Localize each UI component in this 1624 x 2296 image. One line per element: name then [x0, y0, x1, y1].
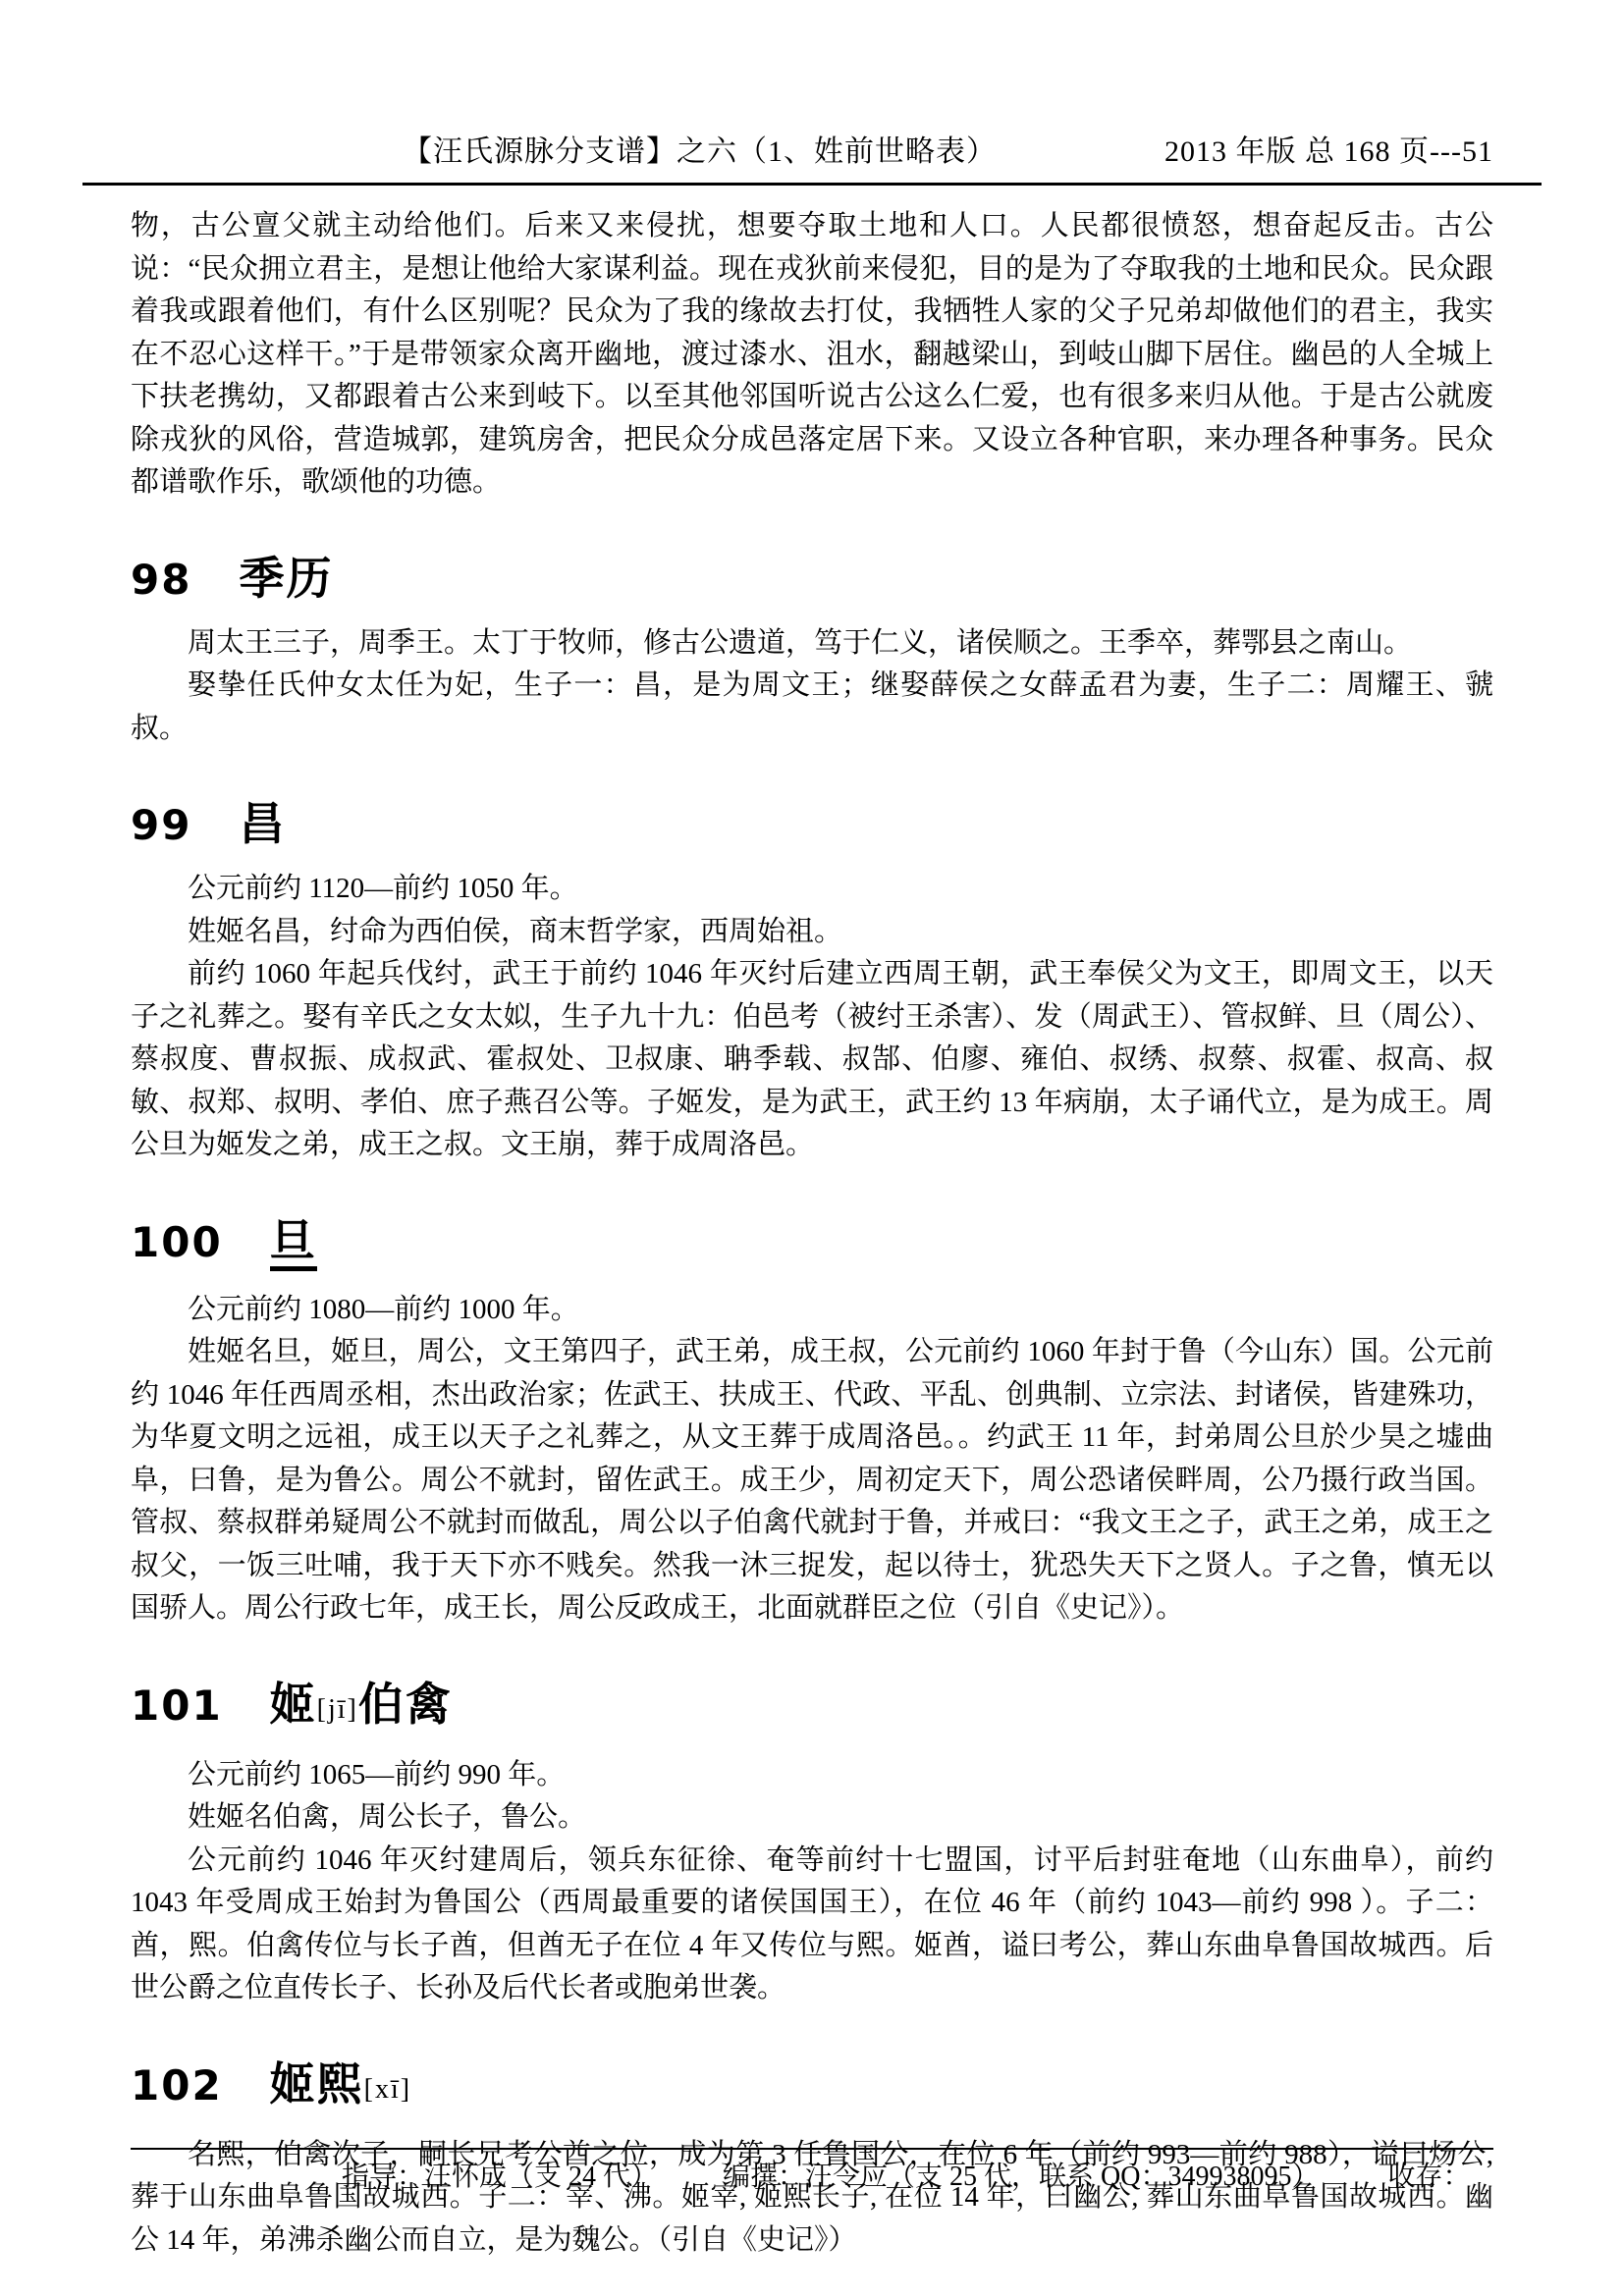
- footer-rule: [131, 2148, 1493, 2150]
- section-100-heading: 100 旦: [131, 1216, 1493, 1271]
- section-paragraph: 公元前约 1046 年灭纣建周后，领兵东征徐、奄等前纣十七盟国，讨平后封驻奄地（…: [131, 1840, 1493, 2010]
- section-98-heading: 98 季历: [131, 554, 1493, 605]
- section-paragraph: 公元前约 1065—前约 990 年。: [131, 1754, 1493, 1797]
- section-paragraph: 娶挚任氏仲女太任为妃，生子一：昌，是为周文王；继娶薛侯之女薛孟君为妻，生子二：周…: [131, 665, 1493, 750]
- section-number: 102: [131, 2061, 223, 2110]
- page-footer: 指导：汪怀成（支 24 代） 编撰：汪令应（支 25 代，联系 QQ：34993…: [131, 2160, 1493, 2195]
- section-title: 姬: [270, 1680, 317, 1729]
- section-paragraph: 公元前约 1080—前约 1000 年。: [131, 1289, 1493, 1332]
- section-paragraph: 公元前约 1120—前约 1050 年。: [131, 868, 1493, 911]
- section-title-suffix: 伯禽: [358, 1680, 453, 1729]
- section-paragraph: 姓姬名伯禽，周公长子，鲁公。: [131, 1796, 1493, 1840]
- section-title: 季历: [239, 554, 333, 603]
- section-paragraph: 姓姬名旦，姬旦，周公，文王第四子，武王弟，成王叔，公元前约 1060 年封于鲁（…: [131, 1331, 1493, 1630]
- section-100: 100 旦 公元前约 1080—前约 1000 年。 姓姬名旦，姬旦，周公，文王…: [131, 1216, 1493, 1630]
- section-101-heading: 101 姬 [jī] 伯禽: [131, 1680, 1493, 1736]
- footer-editor: 编撰：汪令应（支 25 代，联系 QQ：349938095）: [723, 2160, 1319, 2195]
- header-page-info: 2013 年版 总 168 页---51: [1164, 135, 1493, 169]
- section-paragraph: 前约 1060 年起兵伐纣，武王于前约 1046 年灭纣后建立西周王朝，武王奉侯…: [131, 953, 1493, 1167]
- header-title: 【汪氏源脉分支谱】之六（1、姓前世略表）: [403, 135, 997, 169]
- footer-advisor: 指导：汪怀成（支 24 代）: [342, 2160, 658, 2195]
- page-content: 物，古公亶父就主动给他们。后来又来侵扰，想要夺取土地和人口。人民都很愤怒，想奋起…: [0, 186, 1624, 2262]
- section-number: 98: [131, 556, 191, 605]
- section-number: 101: [131, 1682, 223, 1731]
- intro-paragraph: 物，古公亶父就主动给他们。后来又来侵扰，想要夺取土地和人口。人民都很愤怒，想奋起…: [131, 205, 1493, 505]
- section-102-heading: 102 姬熙 [xī]: [131, 2059, 1493, 2116]
- section-paragraph: 名熙，伯禽次子，嗣长兄考公酋之位，成为第 3 任鲁国公，在位 6 年（前约 99…: [131, 2134, 1493, 2263]
- section-number: 99: [131, 801, 191, 850]
- page-header: 【汪氏源脉分支谱】之六（1、姓前世略表） 2013 年版 总 168 页---5…: [0, 0, 1624, 169]
- document-page: 【汪氏源脉分支谱】之六（1、姓前世略表） 2013 年版 总 168 页---5…: [0, 0, 1624, 2296]
- section-98: 98 季历 周太王三子，周季王。太丁于牧师，修古公遗道，笃于仁义，诸侯顺之。王季…: [131, 554, 1493, 751]
- section-title-pinyin: [xī]: [364, 2065, 411, 2114]
- section-paragraph: 姓姬名昌，纣命为西伯侯，商末哲学家，西周始祖。: [131, 911, 1493, 954]
- section-title: 昌: [239, 799, 286, 848]
- section-title: 旦: [270, 1216, 317, 1271]
- section-99: 99 昌 公元前约 1120—前约 1050 年。 姓姬名昌，纣命为西伯侯，商末…: [131, 799, 1493, 1167]
- section-99-heading: 99 昌: [131, 799, 1493, 850]
- section-paragraph: 周太王三子，周季王。太丁于牧师，修古公遗道，笃于仁义，诸侯顺之。王季卒，葬鄂县之…: [131, 622, 1493, 666]
- section-101: 101 姬 [jī] 伯禽 公元前约 1065—前约 990 年。 姓姬名伯禽，…: [131, 1680, 1493, 2010]
- section-title-pinyin: [jī]: [317, 1685, 358, 1735]
- section-number: 100: [131, 1218, 223, 1267]
- footer-archive: 收存：: [1387, 2160, 1470, 2195]
- section-title: 姬熙: [270, 2059, 364, 2109]
